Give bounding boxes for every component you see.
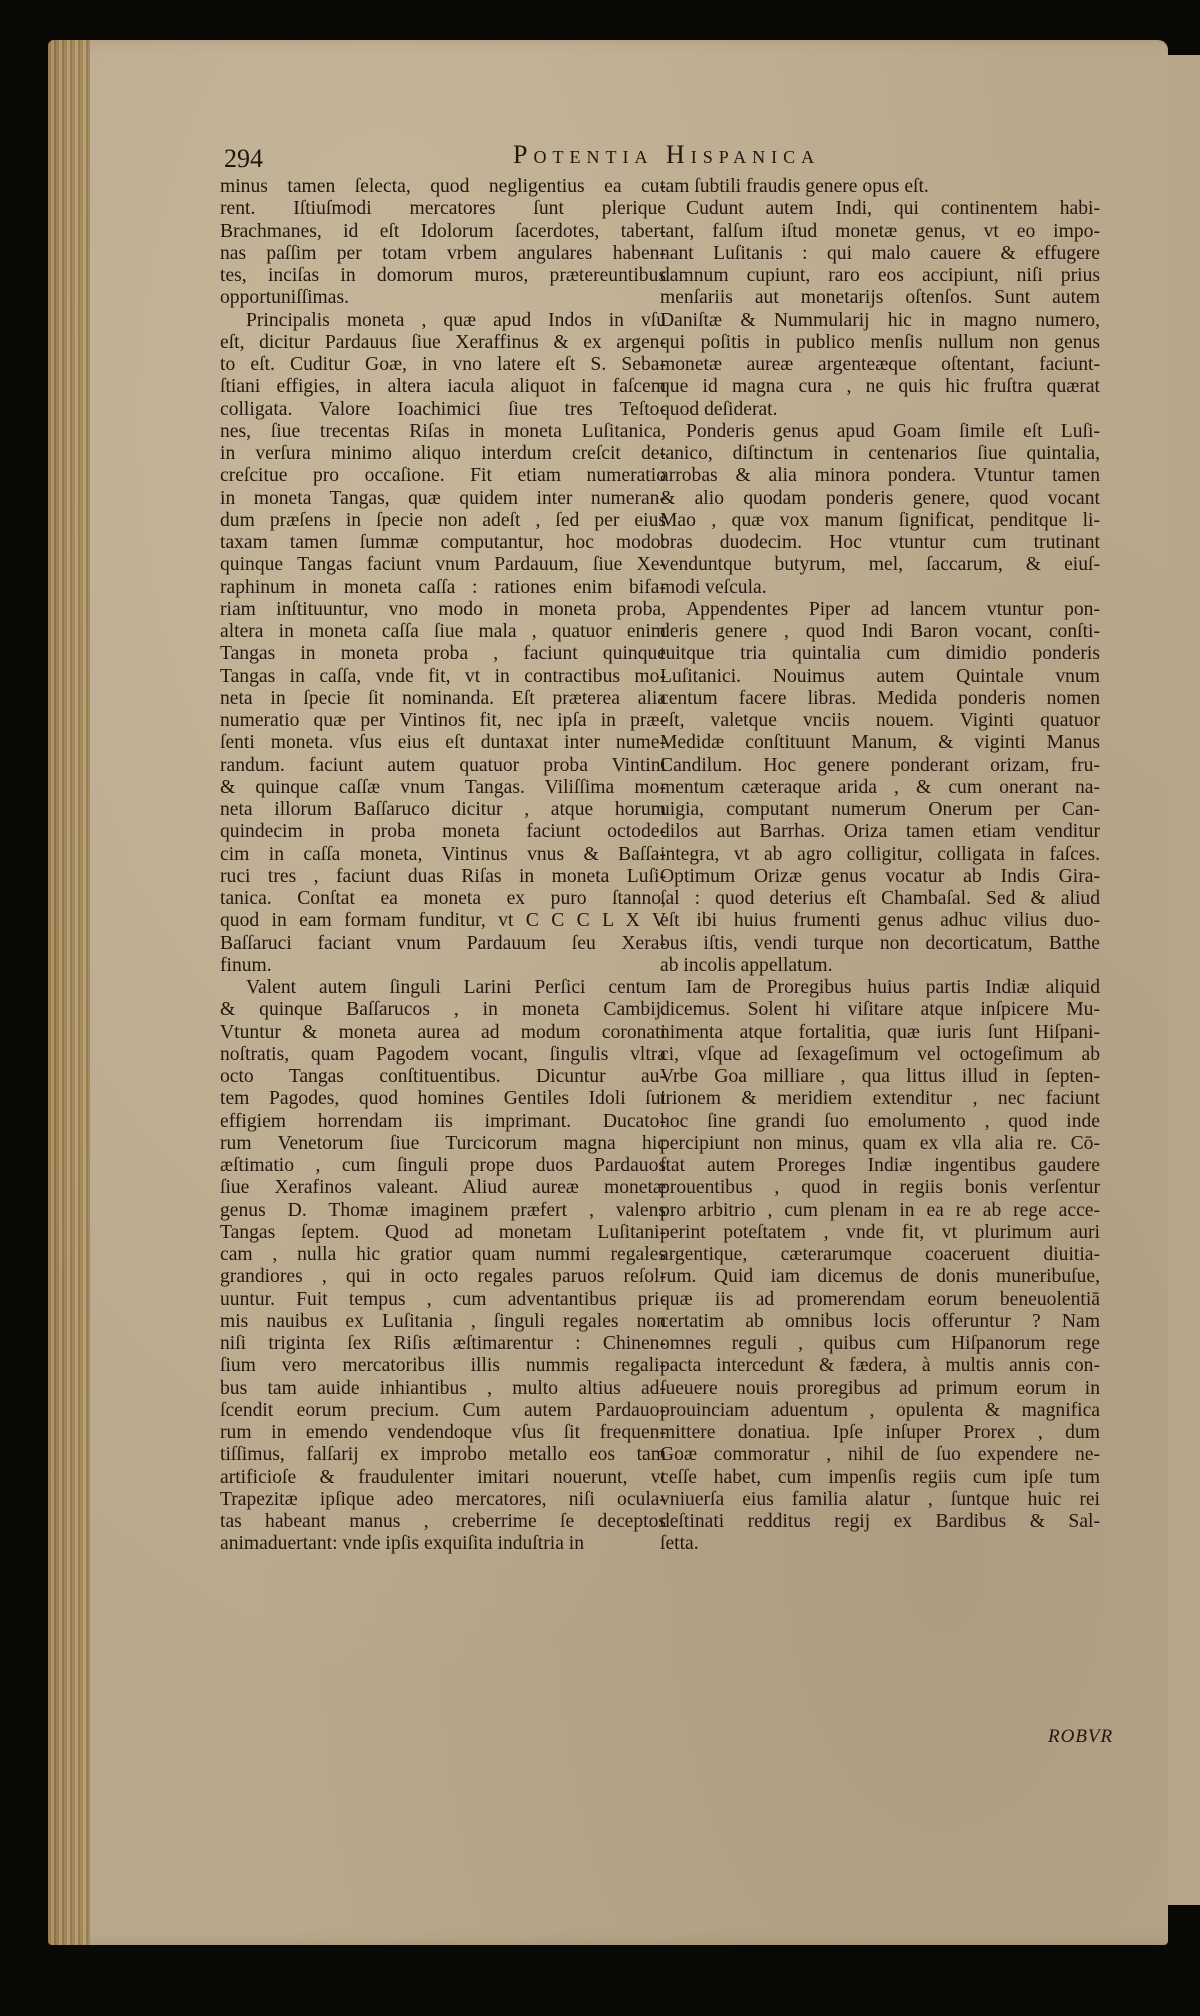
text-line: pacta intercedunt & fædera, à multis ann…	[660, 1355, 1100, 1377]
left-text-column: minus tamen ſelecta, quod negligentius e…	[220, 176, 666, 1556]
text-line: Iam de Proregibus huius partis Indiæ ali…	[660, 977, 1100, 999]
text-line: ſtiani effigies, in altera iacula aliquo…	[220, 376, 666, 398]
text-line: percipiunt non minus, quam ex vlla alia …	[660, 1133, 1100, 1155]
text-line: Tangas in caſſa, vnde fit, vt in contrac…	[220, 666, 666, 688]
text-line: hoc ſine grandi ſuo emolumento , quod in…	[660, 1111, 1100, 1133]
text-line: argentique, cæterarumque coaceruent diui…	[660, 1244, 1100, 1266]
text-line: quindecim in proba moneta faciunt octode…	[220, 821, 666, 843]
text-line: tam ſubtili fraudis genere opus eſt.	[660, 176, 1100, 198]
text-line: opportuniſſimas.	[220, 287, 666, 309]
text-line: neta in ſpecie ſit nominanda. Eſt præter…	[220, 688, 666, 710]
text-line: qui poſitis in publico menſis nullum non…	[660, 332, 1100, 354]
text-line: finum.	[220, 955, 666, 977]
text-line: Daniſtæ & Nummularij hic in magno numero…	[660, 310, 1100, 332]
text-line: ceſſe habet, cum impenſis regiis cum ipſ…	[660, 1467, 1100, 1489]
text-line: que id magna cura , ne quis hic fruſtra …	[660, 376, 1100, 398]
text-line: neta illorum Baſſaruco dicitur , atque h…	[220, 799, 666, 821]
text-line: ſetta.	[660, 1533, 1100, 1555]
text-line: nant Luſitanis : qui malo cauere & effug…	[660, 243, 1100, 265]
text-line: numeratio quæ per Vintinos fit, nec ipſa…	[220, 710, 666, 732]
text-line: trionem & meridiem extenditur , nec faci…	[660, 1088, 1100, 1110]
text-line: genus D. Thomæ imaginem præfert , valens	[220, 1200, 666, 1222]
text-line: mittere donatiua. Ipſe inſuper Prorex , …	[660, 1422, 1100, 1444]
text-line: ab incolis appellatum.	[660, 955, 1100, 977]
text-line: ſium vero mercatoribus illis nummis rega…	[220, 1355, 666, 1377]
text-line: quod deſiderat.	[660, 399, 1100, 421]
text-line: eſt, valetque vnciis nouem. Viginti quat…	[660, 710, 1100, 732]
text-line: modi veſcula.	[660, 577, 1100, 599]
text-line: ſueuere nouis proregibus ad primum eorum…	[660, 1378, 1100, 1400]
running-title: Potentia Hispanica	[513, 140, 820, 170]
text-line: omnes reguli , quibus cum Hiſpanorum reg…	[660, 1333, 1100, 1355]
text-line: creſcitue pro occaſione. Fit etiam numer…	[220, 465, 666, 487]
text-line: raphinum in moneta caſſa : rationes enim…	[220, 577, 666, 599]
text-line: tas habeant manus , creberrime ſe decept…	[220, 1511, 666, 1533]
text-line: rum Venetorum ſiue Turcicorum magna hic	[220, 1133, 666, 1155]
text-line: eſt ibi huius frumenti genus adhuc viliu…	[660, 910, 1100, 932]
text-line: Medidæ conſtituunt Manum, & viginti Manu…	[660, 732, 1100, 754]
book-page: 294 Potentia Hispanica minus tamen ſelec…	[48, 40, 1168, 1945]
page-number: 294	[224, 144, 263, 174]
page-edge-stack	[48, 40, 90, 1945]
text-line: quinque Tangas faciunt vnum Pardauum, ſi…	[220, 554, 666, 576]
text-line: Luſitanici. Nouimus autem Quintale vnum	[660, 666, 1100, 688]
text-line: cim in caſſa moneta, Vintinus vnus & Baſ…	[220, 844, 666, 866]
text-line: perint poteſtatem , vnde fit, vt plurimu…	[660, 1222, 1100, 1244]
text-line: certatim ab omnibus locis offeruntur ? N…	[660, 1311, 1100, 1333]
text-line: artificioſe & fraudulenter imitari nouer…	[220, 1467, 666, 1489]
text-line: dum præſens in ſpecie non adeſt , ſed pe…	[220, 510, 666, 532]
text-line: ſtat autem Proreges Indiæ ingentibus gau…	[660, 1155, 1100, 1177]
text-line: dilos aut Barrhas. Oriza tamen etiam ven…	[660, 821, 1100, 843]
catchword: ROBVR	[1048, 1726, 1113, 1748]
text-line: Optimum Orizæ genus vocatur ab Indis Gir…	[660, 866, 1100, 888]
text-line: in moneta Tangas, quæ quidem inter numer…	[220, 488, 666, 510]
running-head: 294 Potentia Hispanica	[48, 140, 1168, 174]
text-line: tuitque tria quintalia cum dimidio ponde…	[660, 643, 1100, 665]
text-line: cam , nulla hic gratior quam nummi regal…	[220, 1244, 666, 1266]
text-line: ſiue Xerafinos valeant. Aliud aureæ mone…	[220, 1177, 666, 1199]
text-line: Goæ commoratur , nihil de ſuo expendere …	[660, 1444, 1100, 1466]
text-line: venduntque butyrum, mel, ſaccarum, & eiu…	[660, 554, 1100, 576]
text-line: tes, inciſas in domorum muros, prætereun…	[220, 265, 666, 287]
text-line: minus tamen ſelecta, quod negligentius e…	[220, 176, 666, 198]
text-line: taxam tamen ſummæ computantur, hoc modo:	[220, 532, 666, 554]
text-line: uuntur. Fuit tempus , cum adventantibus …	[220, 1289, 666, 1311]
text-line: Baſſaruci faciant vnum Pardauum ſeu Xera…	[220, 933, 666, 955]
text-line: Tangas ſeptem. Quod ad monetam Luſitani-	[220, 1222, 666, 1244]
right-text-column: tam ſubtili fraudis genere opus eſt.Cudu…	[660, 176, 1100, 1556]
text-line: noſtratis, quam Pagodem vocant, ſingulis…	[220, 1044, 666, 1066]
text-line: riam inſtituuntur, vno modo in moneta pr…	[220, 599, 666, 621]
text-line: octo Tangas conſtituentibus. Dicuntur au…	[220, 1066, 666, 1088]
text-line: ci, vſque ad ſexageſimum vel octogeſimum…	[660, 1044, 1100, 1066]
text-line: randum. faciunt autem quatuor proba Vint…	[220, 755, 666, 777]
text-line: deſtinati redditus regij ex Bardibus & S…	[660, 1511, 1100, 1533]
text-line: integra, vt ab agro colligitur, colligat…	[660, 844, 1100, 866]
text-line: monetæ aureæ argenteæque oſtentant, faci…	[660, 354, 1100, 376]
text-line: Candilum. Hoc genere ponderant orizam, f…	[660, 755, 1100, 777]
text-line: Principalis moneta , quæ apud Indos in v…	[220, 310, 666, 332]
text-line: rum in emendo vendendoque vſus ſit frequ…	[220, 1422, 666, 1444]
text-line: grandiores , qui in octo regales paruos …	[220, 1266, 666, 1288]
text-line: ſenti moneta. vſus eius eſt duntaxat int…	[220, 732, 666, 754]
text-line: æſtimatio , cum ſinguli prope duos Parda…	[220, 1155, 666, 1177]
text-line: altera in moneta caſſa ſiue mala , quatu…	[220, 621, 666, 643]
text-line: menſariis aut monetarijs oſtenſos. Sunt …	[660, 287, 1100, 309]
text-line: mis nauibus ex Luſitania , ſinguli regal…	[220, 1311, 666, 1333]
text-line: eſt, dicitur Pardauus ſiue Xeraffinus & …	[220, 332, 666, 354]
text-line: rent. Iſtiuſmodi mercatores ſunt pleriqu…	[220, 198, 666, 220]
text-line: animaduertant: vnde ipſis exquiſita indu…	[220, 1533, 666, 1555]
text-line: tem Pagodes, quod homines Gentiles Idoli…	[220, 1088, 666, 1110]
text-line: pro arbitrio , cum plenam in ea re ab re…	[660, 1200, 1100, 1222]
text-line: vniuerſa eius familia alatur , ſuntque h…	[660, 1489, 1100, 1511]
text-line: Ponderis genus apud Goam ſimile eſt Luſi…	[660, 421, 1100, 443]
text-line: ſal : quod deterius eſt Chambaſal. Sed &…	[660, 888, 1100, 910]
text-line: prouinciam aduentum , opulenta & magnifi…	[660, 1400, 1100, 1422]
text-line: bus tam auide inhiantibus , multo altius…	[220, 1378, 666, 1400]
text-line: to eſt. Cuditur Goæ, in vno latere eſt S…	[220, 354, 666, 376]
text-line: nimenta atque fortalitia, quæ iuris ſunt…	[660, 1022, 1100, 1044]
text-line: in verſura minimo aliquo interdum creſci…	[220, 443, 666, 465]
text-line: colligata. Valore Ioachimici ſiue tres T…	[220, 399, 666, 421]
text-line: prouentibus , quod in regiis bonis verſe…	[660, 1177, 1100, 1199]
text-line: nes, ſiue trecentas Riſas in moneta Luſi…	[220, 421, 666, 443]
text-line: Mao , quæ vox manum ſignificat, penditqu…	[660, 510, 1100, 532]
text-line: Cudunt autem Indi, qui continentem habi-	[660, 198, 1100, 220]
text-line: damnum cupiunt, raro eos accipiunt, niſi…	[660, 265, 1100, 287]
text-line: quod in eam formam funditur, vt C C C L …	[220, 910, 666, 932]
text-line: niſi triginta ſex Riſis æſtimarentur : C…	[220, 1333, 666, 1355]
text-line: tiſſimus, falſarij ex improbo metallo eo…	[220, 1444, 666, 1466]
text-line: quæ iis ad promerendam eorum beneuolenti…	[660, 1289, 1100, 1311]
text-line: ruci tres , faciunt duas Riſas in moneta…	[220, 866, 666, 888]
text-line: tanico, diſtinctum in centenarios ſiue q…	[660, 443, 1100, 465]
text-line: Brachmanes, id eſt Idolorum ſacerdotes, …	[220, 221, 666, 243]
text-line: bras duodecim. Hoc vtuntur cum trutinant	[660, 532, 1100, 554]
text-line: Vtuntur & moneta aurea ad modum coronati	[220, 1022, 666, 1044]
text-line: Tangas in moneta proba , faciunt quinque	[220, 643, 666, 665]
text-line: Vrbe Goa milliare , qua littus illud in …	[660, 1066, 1100, 1088]
text-line: dicemus. Solent hi viſitare atque inſpic…	[660, 999, 1100, 1021]
text-line: tant, falſum iſtud monetæ genus, vt eo i…	[660, 221, 1100, 243]
text-line: centum facere libras. Medida ponderis no…	[660, 688, 1100, 710]
text-line: & quinque Baſſarucos , in moneta Cambij.	[220, 999, 666, 1021]
text-line: mentum cæteraque arida , & cum onerant n…	[660, 777, 1100, 799]
text-line: deris genere , quod Indi Baron vocant, c…	[660, 621, 1100, 643]
text-line: bus iſtis, vendi turque non decorticatum…	[660, 933, 1100, 955]
text-line: nas paſſim per totam vrbem angulares hab…	[220, 243, 666, 265]
text-line: tanica. Conſtat ea moneta ex puro ſtanno…	[220, 888, 666, 910]
text-line: arrobas & alia minora pondera. Vtuntur t…	[660, 465, 1100, 487]
text-line: & alio quodam ponderis genere, quod voca…	[660, 488, 1100, 510]
text-line: rum. Quid iam dicemus de donis muneribuſ…	[660, 1266, 1100, 1288]
text-line: effigiem horrendam iis imprimant. Ducato…	[220, 1111, 666, 1133]
text-line: Trapezitæ ipſique adeo mercatores, niſi …	[220, 1489, 666, 1511]
text-line: Appendentes Piper ad lancem vtuntur pon-	[660, 599, 1100, 621]
text-line: Valent autem ſinguli Larini Perſici cent…	[220, 977, 666, 999]
text-line: & quinque caſſæ vnum Tangas. Viliſſima m…	[220, 777, 666, 799]
text-line: uigia, computant numerum Onerum per Can-	[660, 799, 1100, 821]
text-line: ſcendit eorum precium. Cum autem Pardauo…	[220, 1400, 666, 1422]
